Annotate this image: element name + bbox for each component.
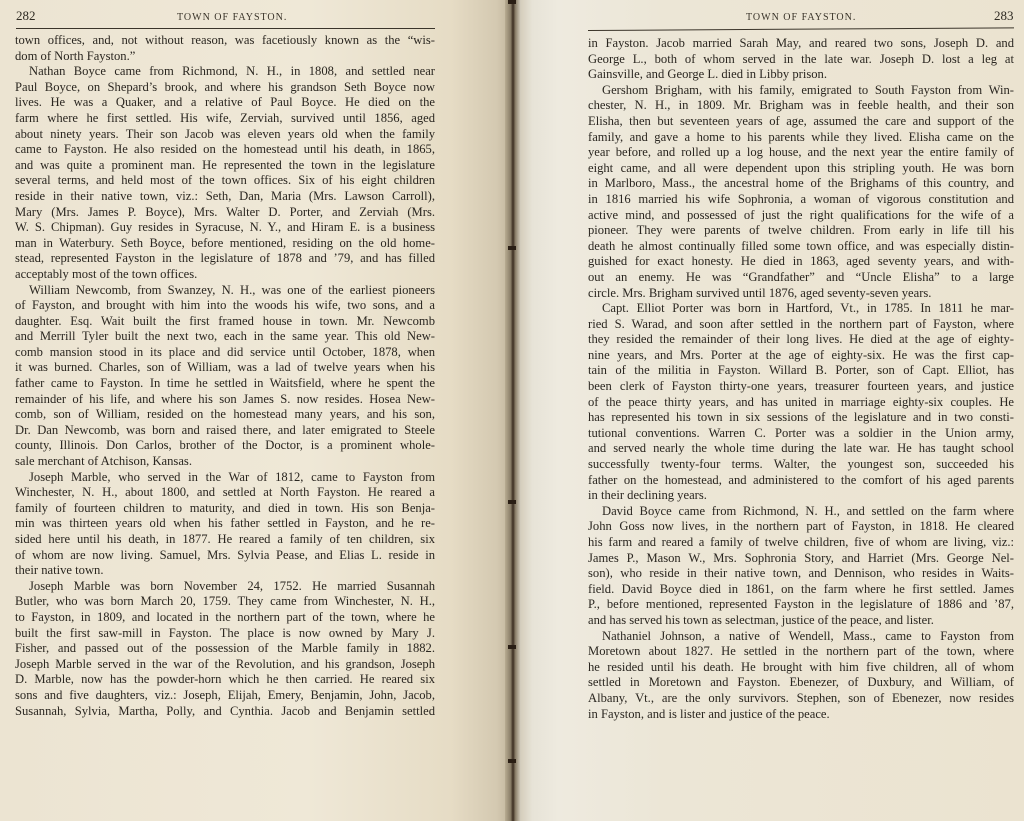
header-rule-right <box>588 27 1014 31</box>
text-line: P., before mentioned, represented Faysto… <box>588 597 1014 613</box>
text-line: tutional conventions. Warren C. Porter w… <box>588 426 1014 442</box>
paragraph: Nathan Boyce came from Richmond, N. H., … <box>15 64 435 282</box>
text-line: Joseph Marble was born November 24, 1752… <box>15 579 435 595</box>
text-line: Joseph Marble served in the war of the R… <box>15 657 435 673</box>
text-line: year before, and rolled up a log house, … <box>588 145 1014 161</box>
text-line: Moretown about 1827. He settled in the n… <box>588 644 1014 660</box>
text-line: Gershom Brigham, with his family, emigra… <box>588 83 1014 99</box>
text-line: Paul Boyce, on Shepard’s brook, and wher… <box>15 80 435 96</box>
text-line: Winchester, N. H., about 1800, and settl… <box>15 485 435 501</box>
text-line: several terms, and held most of the town… <box>15 173 435 189</box>
text-line: Fisher, and passed out of the possession… <box>15 641 435 657</box>
paragraph: town offices, and, not without reason, w… <box>15 33 435 64</box>
paragraph: Joseph Marble was born November 24, 1752… <box>15 579 435 719</box>
text-line: field. David Boyce died in 1861, on the … <box>588 582 1014 598</box>
text-line: Dr. Dan Newcomb, was born and raised the… <box>15 423 435 439</box>
text-line: they resided the remainder of their long… <box>588 332 1014 348</box>
text-line: it was burned. Charles, son of William, … <box>15 360 435 376</box>
paragraph: Capt. Elliot Porter was born in Hartford… <box>588 301 1014 504</box>
text-line: of the peace thirty years, and has unite… <box>588 395 1014 411</box>
text-line: sided here until his death, in 1877. He … <box>15 532 435 548</box>
text-line: active mind, and possessed of just the r… <box>588 208 1014 224</box>
paragraph: Joseph Marble, who served in the War of … <box>15 470 435 579</box>
text-line: son), who reside in their native town, a… <box>588 566 1014 582</box>
text-line: min was thirteen years old when his fath… <box>15 516 435 532</box>
text-line: Nathaniel Johnson, a native of Wendell, … <box>588 629 1014 645</box>
text-line: in 1816 married his wife Sophronia, a wo… <box>588 192 1014 208</box>
text-line: in their declining years. <box>588 488 1014 504</box>
text-line: Capt. Elliot Porter was born in Hartford… <box>588 301 1014 317</box>
binding-stitch <box>508 0 516 4</box>
text-line: eight came, and all were dependent upon … <box>588 161 1014 177</box>
text-line: out an enemy. He was “Grandfather” and “… <box>588 270 1014 286</box>
text-line: and served nearly the whole time during … <box>588 441 1014 457</box>
text-line: built the first saw-mill in Fayston. The… <box>15 626 435 642</box>
text-line: remainder of his life, and where his son… <box>15 392 435 408</box>
text-line: dom of North Fayston.” <box>15 49 435 65</box>
text-line: town offices, and, not without reason, w… <box>15 33 435 49</box>
text-line: John Goss now lives, in the northern par… <box>588 519 1014 535</box>
binding-stitch <box>508 645 516 649</box>
text-line: sons and five daughters, viz.: Joseph, E… <box>15 688 435 704</box>
text-line: of whom are now living. Samuel, Mrs. Syl… <box>15 548 435 564</box>
text-line: and Merrill Tyler built the next two, ea… <box>15 329 435 345</box>
page-number-right: 283 <box>994 8 1014 24</box>
running-head-left: TOWN OF FAYSTON. <box>177 12 287 23</box>
text-line: ried S. Warad, and soon after settled in… <box>588 317 1014 333</box>
text-line: father on the homestead, and administere… <box>588 473 1014 489</box>
left-page-body: town offices, and, not without reason, w… <box>15 33 435 719</box>
paragraph: Nathaniel Johnson, a native of Wendell, … <box>588 629 1014 723</box>
text-line: farm where he first settled. His wife, Z… <box>15 111 435 127</box>
book-gutter <box>505 0 521 821</box>
text-line: stead, represented Fayston in the legisl… <box>15 251 435 267</box>
text-line: W. S. Chipman). Guy resides in Syracuse,… <box>15 220 435 236</box>
text-line: of Fayston, and brought with him into th… <box>15 298 435 314</box>
text-line: acceptably most of the town offices. <box>15 267 435 283</box>
text-line: father came to Fayston. In time he settl… <box>15 376 435 392</box>
text-line: Elisha, then but seventeen years of age,… <box>588 114 1014 130</box>
text-line: he resided until his death. He brought w… <box>588 660 1014 676</box>
text-line: his farm and reared a family of twelve c… <box>588 535 1014 551</box>
running-head-right: TOWN OF FAYSTON. <box>746 12 856 23</box>
text-line: to Fayston, in 1809, and located in the … <box>15 610 435 626</box>
text-line: family of fourteen children to maturity,… <box>15 501 435 517</box>
text-line: George L., both of whom served in the la… <box>588 52 1014 68</box>
text-line: Butler, who was born March 20, 1759. The… <box>15 594 435 610</box>
text-line: came to Fayston. He also resided on the … <box>15 142 435 158</box>
text-line: in Fayston, and is lister and justice of… <box>588 707 1014 723</box>
text-line: D. Marble, now has the powder-horn which… <box>15 672 435 688</box>
text-line: been clerk of Fayston thirty-one years, … <box>588 379 1014 395</box>
text-line: their native town. <box>15 563 435 579</box>
text-line: in Marlboro, Mass., the ancestral home o… <box>588 176 1014 192</box>
page-number-left: 282 <box>16 8 36 24</box>
text-line: James P., Mason W., Mrs. Sophronia Story… <box>588 551 1014 567</box>
text-line: Nathan Boyce came from Richmond, N. H., … <box>15 64 435 80</box>
text-line: guished for exact honesty. He died in 18… <box>588 254 1014 270</box>
text-line: pioneer. They were parents of twelve chi… <box>588 223 1014 239</box>
text-line: Gainsville, and George L. died in Libby … <box>588 67 1014 83</box>
right-page-body: in Fayston. Jacob married Sarah May, and… <box>588 36 1014 722</box>
text-line: and was quite a prominent man. He repres… <box>15 158 435 174</box>
binding-stitch <box>508 500 516 504</box>
text-line: and has served his town as selectman, ju… <box>588 613 1014 629</box>
text-line: settled in Moretown and Fayston. Ebeneze… <box>588 675 1014 691</box>
text-line: about ninety years. Their son Jacob was … <box>15 127 435 143</box>
header-rule-left <box>16 28 435 29</box>
text-line: death he almost continually filled some … <box>588 239 1014 255</box>
text-line: comb mansion stood in its place and did … <box>15 345 435 361</box>
text-line: sale merchant of Atchison, Kansas. <box>15 454 435 470</box>
text-line: in Fayston. Jacob married Sarah May, and… <box>588 36 1014 52</box>
text-line: county, Illinois. Don Carlos, brother of… <box>15 438 435 454</box>
text-line: family, and gave a home to his parents w… <box>588 130 1014 146</box>
paragraph: David Boyce came from Richmond, N. H., a… <box>588 504 1014 629</box>
text-line: Mary (Mrs. James P. Boyce), Mrs. Walter … <box>15 205 435 221</box>
text-line: Susannah, Sylvia, Martha, Polly, and Cyn… <box>15 704 435 720</box>
paragraph: William Newcomb, from Swanzey, N. H., wa… <box>15 283 435 470</box>
text-line: reside in their native town, viz.: Seth,… <box>15 189 435 205</box>
binding-stitch <box>508 246 516 250</box>
book-spread: 282 TOWN OF FAYSTON. town offices, and, … <box>0 0 1024 821</box>
text-line: William Newcomb, from Swanzey, N. H., wa… <box>15 283 435 299</box>
text-line: nine years, and Mrs. Porter at the age o… <box>588 348 1014 364</box>
text-line: lives. He was a Quaker, and a relative o… <box>15 95 435 111</box>
text-line: circle. Mrs. Brigham survived until 1876… <box>588 286 1014 302</box>
text-line: Joseph Marble, who served in the War of … <box>15 470 435 486</box>
paragraph: in Fayston. Jacob married Sarah May, and… <box>588 36 1014 83</box>
paragraph: Gershom Brigham, with his family, emigra… <box>588 83 1014 301</box>
text-line: Albany, Vt., are the only survivors. Ste… <box>588 691 1014 707</box>
text-line: comb, son of William, resided on the hom… <box>15 407 435 423</box>
text-line: successfully twenty-four terms. Walter, … <box>588 457 1014 473</box>
text-line: daughter. Esq. Wait built the first fram… <box>15 314 435 330</box>
text-line: tain of the militia in Fayston. Willard … <box>588 363 1014 379</box>
left-page: 282 TOWN OF FAYSTON. town offices, and, … <box>0 0 512 821</box>
text-line: man in Waterbury. Seth Boyce, before men… <box>15 236 435 252</box>
text-line: David Boyce came from Richmond, N. H., a… <box>588 504 1014 520</box>
binding-stitch <box>508 759 516 763</box>
text-line: chester, N. H., in 1809. Mr. Brigham was… <box>588 98 1014 114</box>
text-line: has represented his town in six sessions… <box>588 410 1014 426</box>
right-page: TOWN OF FAYSTON. 283 in Fayston. Jacob m… <box>512 0 1024 821</box>
